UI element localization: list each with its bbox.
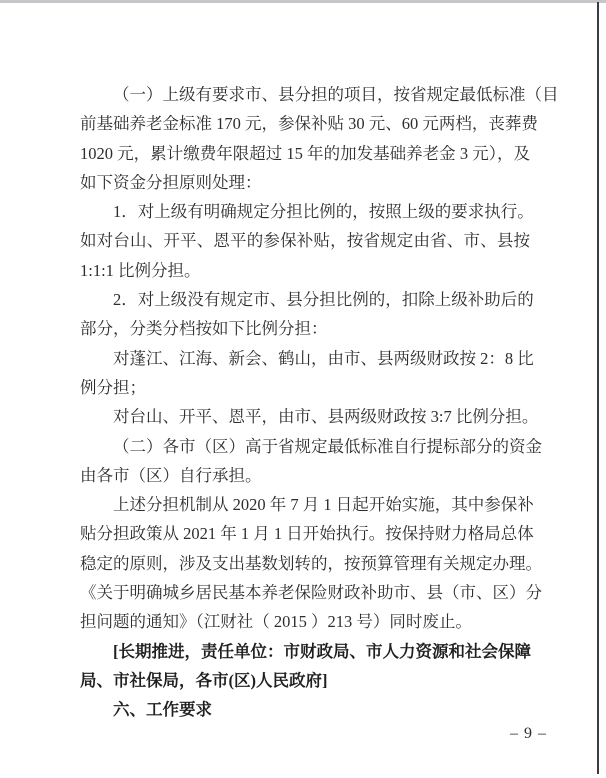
document-line: 贴分担政策从 2021 年 1 月 1 日开始执行。按保持财力格局总体: [80, 519, 530, 548]
document-line: 稳定的原则，涉及支出基数划转的，按预算管理有关规定办理。: [80, 549, 530, 578]
document-line: 《关于明确城乡居民基本养老保险财政补助市、县（市、区）分: [80, 578, 530, 607]
document-line: 1020 元，累计缴费年限超过 15 年的加发基础养老金 3 元），及: [80, 139, 530, 168]
page-number: – 9 –: [80, 724, 547, 744]
document-line: 如对台山、开平、恩平的参保补贴，按省规定由省、市、县按: [80, 226, 530, 255]
document-line: 2．对上级没有规定市、县分担比例的，扣除上级补助后的: [80, 285, 530, 314]
document-body: （一）上级有要求市、县分担的项目，按省规定最低标准（目 前基础养老金标准 170…: [80, 80, 530, 725]
section-heading: 六、工作要求: [80, 695, 530, 724]
document-line: 1:1:1 比例分担。: [80, 256, 530, 285]
document-line-responsibility: [长期推进，责任单位：市财政局、市人力资源和社会保障: [80, 637, 530, 666]
document-line: 对台山、开平、恩平，由市、县两级财政按 3:7 比例分担。: [80, 402, 530, 431]
scan-right-edge-line: [597, 2, 599, 774]
document-line: 部分，分类分档按如下比例分担：: [80, 314, 530, 343]
document-line: 担问题的通知》（江财社（ 2015 ）213 号）同时废止。: [80, 607, 530, 636]
document-line-responsibility: 局、市社保局，各市(区)人民政府]: [80, 666, 530, 695]
document-line: 对蓬江、江海、新会、鹤山，由市、县两级财政按 2：8 比: [80, 344, 530, 373]
scan-top-edge: [0, 0, 606, 3]
document-line: 如下资金分担原则处理：: [80, 168, 530, 197]
document-line: 例分担；: [80, 373, 530, 402]
document-line: （一）上级有要求市、县分担的项目，按省规定最低标准（目: [80, 80, 530, 109]
document-line: 前基础养老金标准 170 元，参保补贴 30 元、60 元两档，丧葬费: [80, 109, 530, 138]
document-line: （二）各市（区）高于省规定最低标准自行提标部分的资金: [80, 432, 530, 461]
document-page: （一）上级有要求市、县分担的项目，按省规定最低标准（目 前基础养老金标准 170…: [0, 0, 606, 778]
document-line: 上述分担机制从 2020 年 7 月 1 日起开始实施，其中参保补: [80, 490, 530, 519]
document-line: 1．对上级有明确规定分担比例的，按照上级的要求执行。: [80, 197, 530, 226]
document-line: 由各市（区）自行承担。: [80, 461, 530, 490]
